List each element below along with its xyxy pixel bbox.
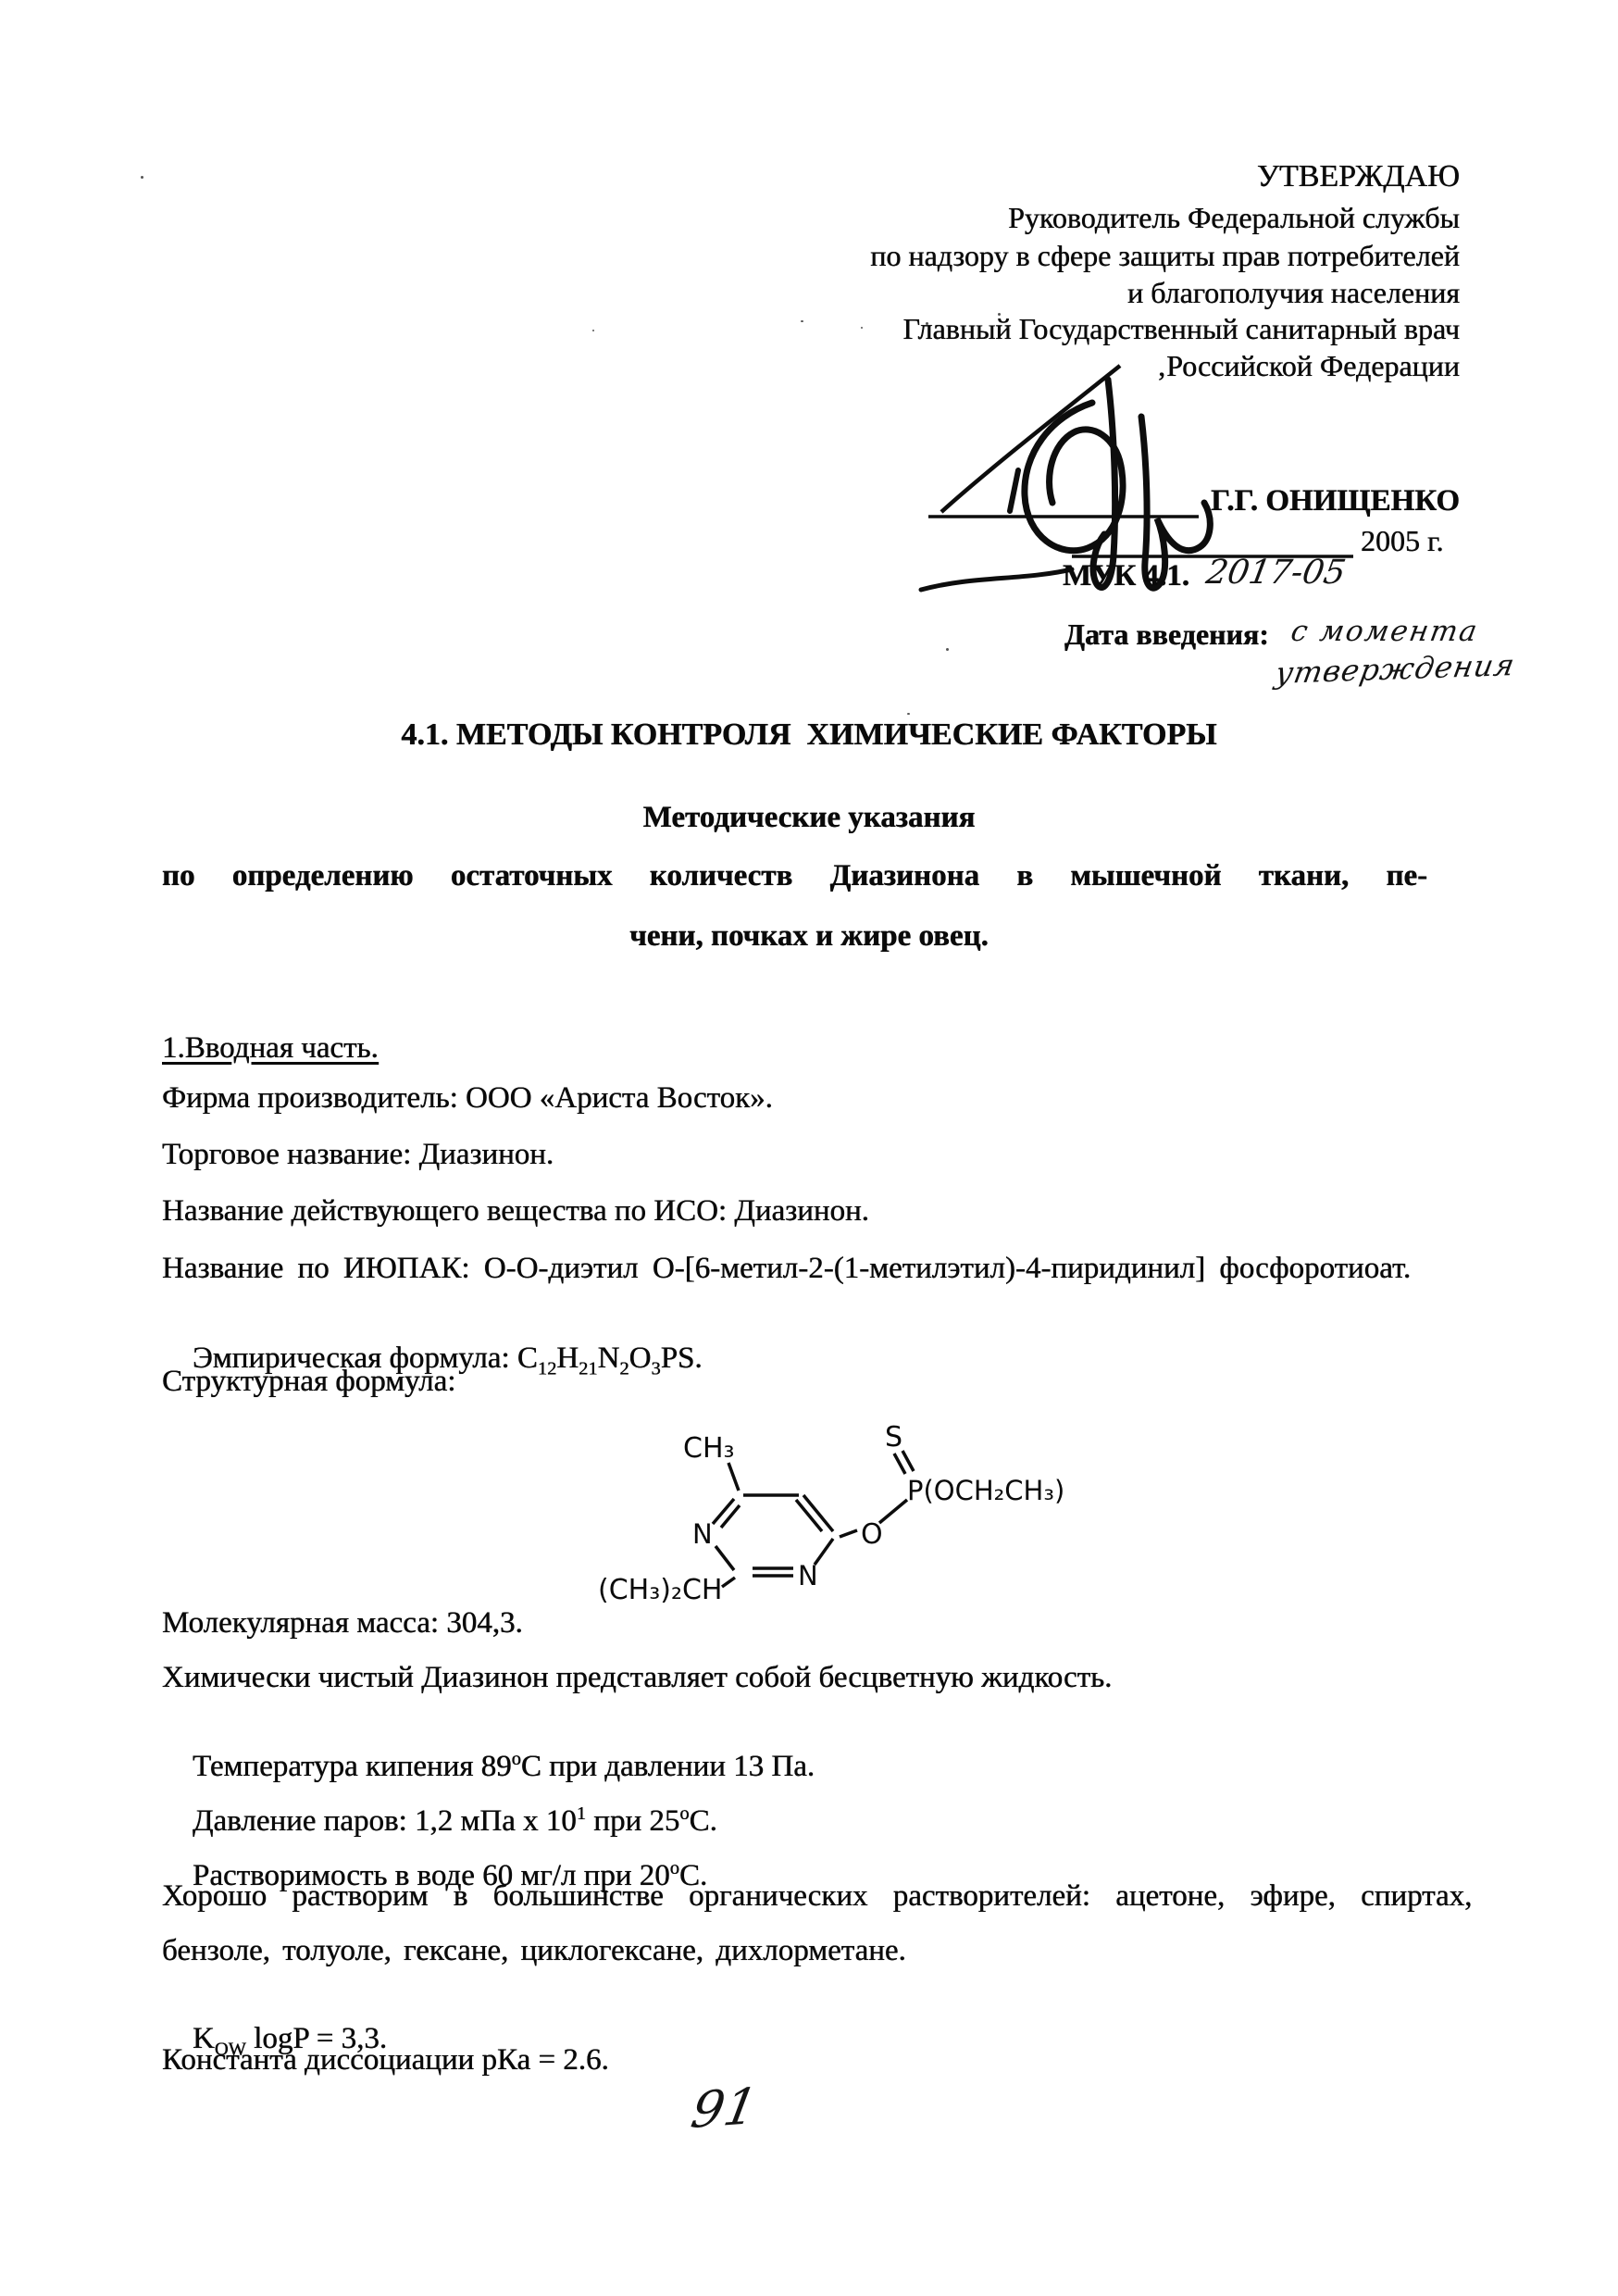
empirical-o: O: [629, 1341, 652, 1375]
empirical-h-sub: 21: [579, 1359, 597, 1379]
water-sup: о: [670, 1858, 679, 1878]
empirical-n: N: [598, 1341, 620, 1375]
methyl-label: CH₃: [683, 1432, 735, 1465]
doc-title-line-1: по определению остаточных количеств Диаз…: [162, 859, 1427, 893]
approval-year: 2005 г.: [1361, 524, 1444, 558]
vapor-sup1: 1: [577, 1803, 586, 1824]
doc-code: МУК 4.1.: [1063, 559, 1189, 593]
scanned-document-page: УТВЕРЖДАЮ Руководитель Федеральной служб…: [0, 0, 1618, 2296]
chapter-title: 4.1. МЕТОДЫ КОНТРОЛЯ ХИМИЧЕСКИЕ ФАКТОРЫ: [0, 717, 1618, 753]
scan-speck: [592, 330, 594, 331]
purity-line: Химически чистый Диазинон представляет с…: [162, 1661, 1112, 1694]
scan-speck: [907, 713, 910, 715]
iupac-name-line: Название по ИЮПАК: О-О-диэтил О-[6-метил…: [162, 1252, 1411, 1285]
scan-speck: [141, 176, 143, 179]
section-heading: 1.Вводная часть.: [162, 1031, 379, 1065]
doc-title-line-2: чени, почках и жире овец.: [0, 919, 1618, 954]
ring-nitrogen-bottom-label: N: [798, 1560, 818, 1591]
approval-line-3: и благополучия населения: [1127, 277, 1460, 309]
empirical-o-sub: 3: [651, 1359, 660, 1379]
ring-oxygen-label: O: [861, 1518, 883, 1551]
scan-speck: [998, 313, 1001, 316]
vapor-sup2: о: [679, 1803, 689, 1824]
intro-date-label: Дата введения:: [1064, 618, 1269, 652]
scan-speck: [801, 320, 803, 322]
boiling-sup: о: [512, 1749, 521, 1769]
ring-nitrogen-left-label: N: [692, 1518, 713, 1550]
empirical-ps: PS.: [661, 1341, 703, 1375]
dissociation-line: Константа диссоциации рКа = 2.6.: [162, 2043, 609, 2077]
intro-date-handwritten-2: утверждения: [1273, 647, 1518, 691]
isopropyl-label: (CH₃)₂CH: [598, 1574, 722, 1606]
manufacturer-line: Фирма производитель: ООО «Ариста Восток»…: [162, 1081, 773, 1115]
approval-stamp: УТВЕРЖДАЮ: [1257, 159, 1460, 193]
doc-code-handwritten: 2017-05: [1203, 554, 1349, 592]
scan-speck: [861, 327, 863, 329]
approval-line-2: по надзору в сфере защиты прав потребите…: [870, 240, 1460, 272]
intro-date-handwritten-1: с момента: [1288, 615, 1481, 648]
scan-speck: [946, 648, 949, 651]
approval-line-1: Руководитель Федеральной службы: [1008, 202, 1460, 234]
empirical-n-sub: 2: [619, 1359, 629, 1379]
organic-solubility-line-1: Хорошо растворим в большинстве органичес…: [162, 1879, 1472, 1913]
approval-line-4: Главный Государственный санитарный врач: [902, 313, 1460, 345]
kow-line: KOW logP = 3,3.: [162, 1989, 387, 2094]
trade-name-line: Торговое название: Диазинон.: [162, 1138, 554, 1171]
empirical-h: H: [556, 1341, 579, 1375]
empirical-c: C: [517, 1341, 538, 1375]
iso-name-line: Название действующего вещества по ИСО: Д…: [162, 1194, 869, 1228]
scan-speck: [926, 322, 928, 325]
phosphate-chain-label: P(OCH₂CH₃)₂: [907, 1475, 1064, 1506]
doc-type-title: Методические указания: [0, 801, 1618, 835]
organic-solubility-line-2: бензоле, толуоле, гексане, циклогексане,…: [162, 1934, 906, 1967]
sulfur-label: S: [885, 1421, 902, 1454]
structural-formula-drawing: CH₃ S P(OCH₂CH₃)₂ O N N (CH₃)₂CH: [583, 1407, 1064, 1606]
empirical-c-sub: 12: [538, 1359, 556, 1379]
page-number-handwritten: 91: [687, 2077, 762, 2140]
signer-name: Г.Г. ОНИЩЕНКО: [1211, 484, 1460, 518]
structural-formula-label: Структурная формула:: [162, 1365, 455, 1398]
mol-mass-line: Молекулярная масса: 304,3.: [162, 1606, 523, 1640]
